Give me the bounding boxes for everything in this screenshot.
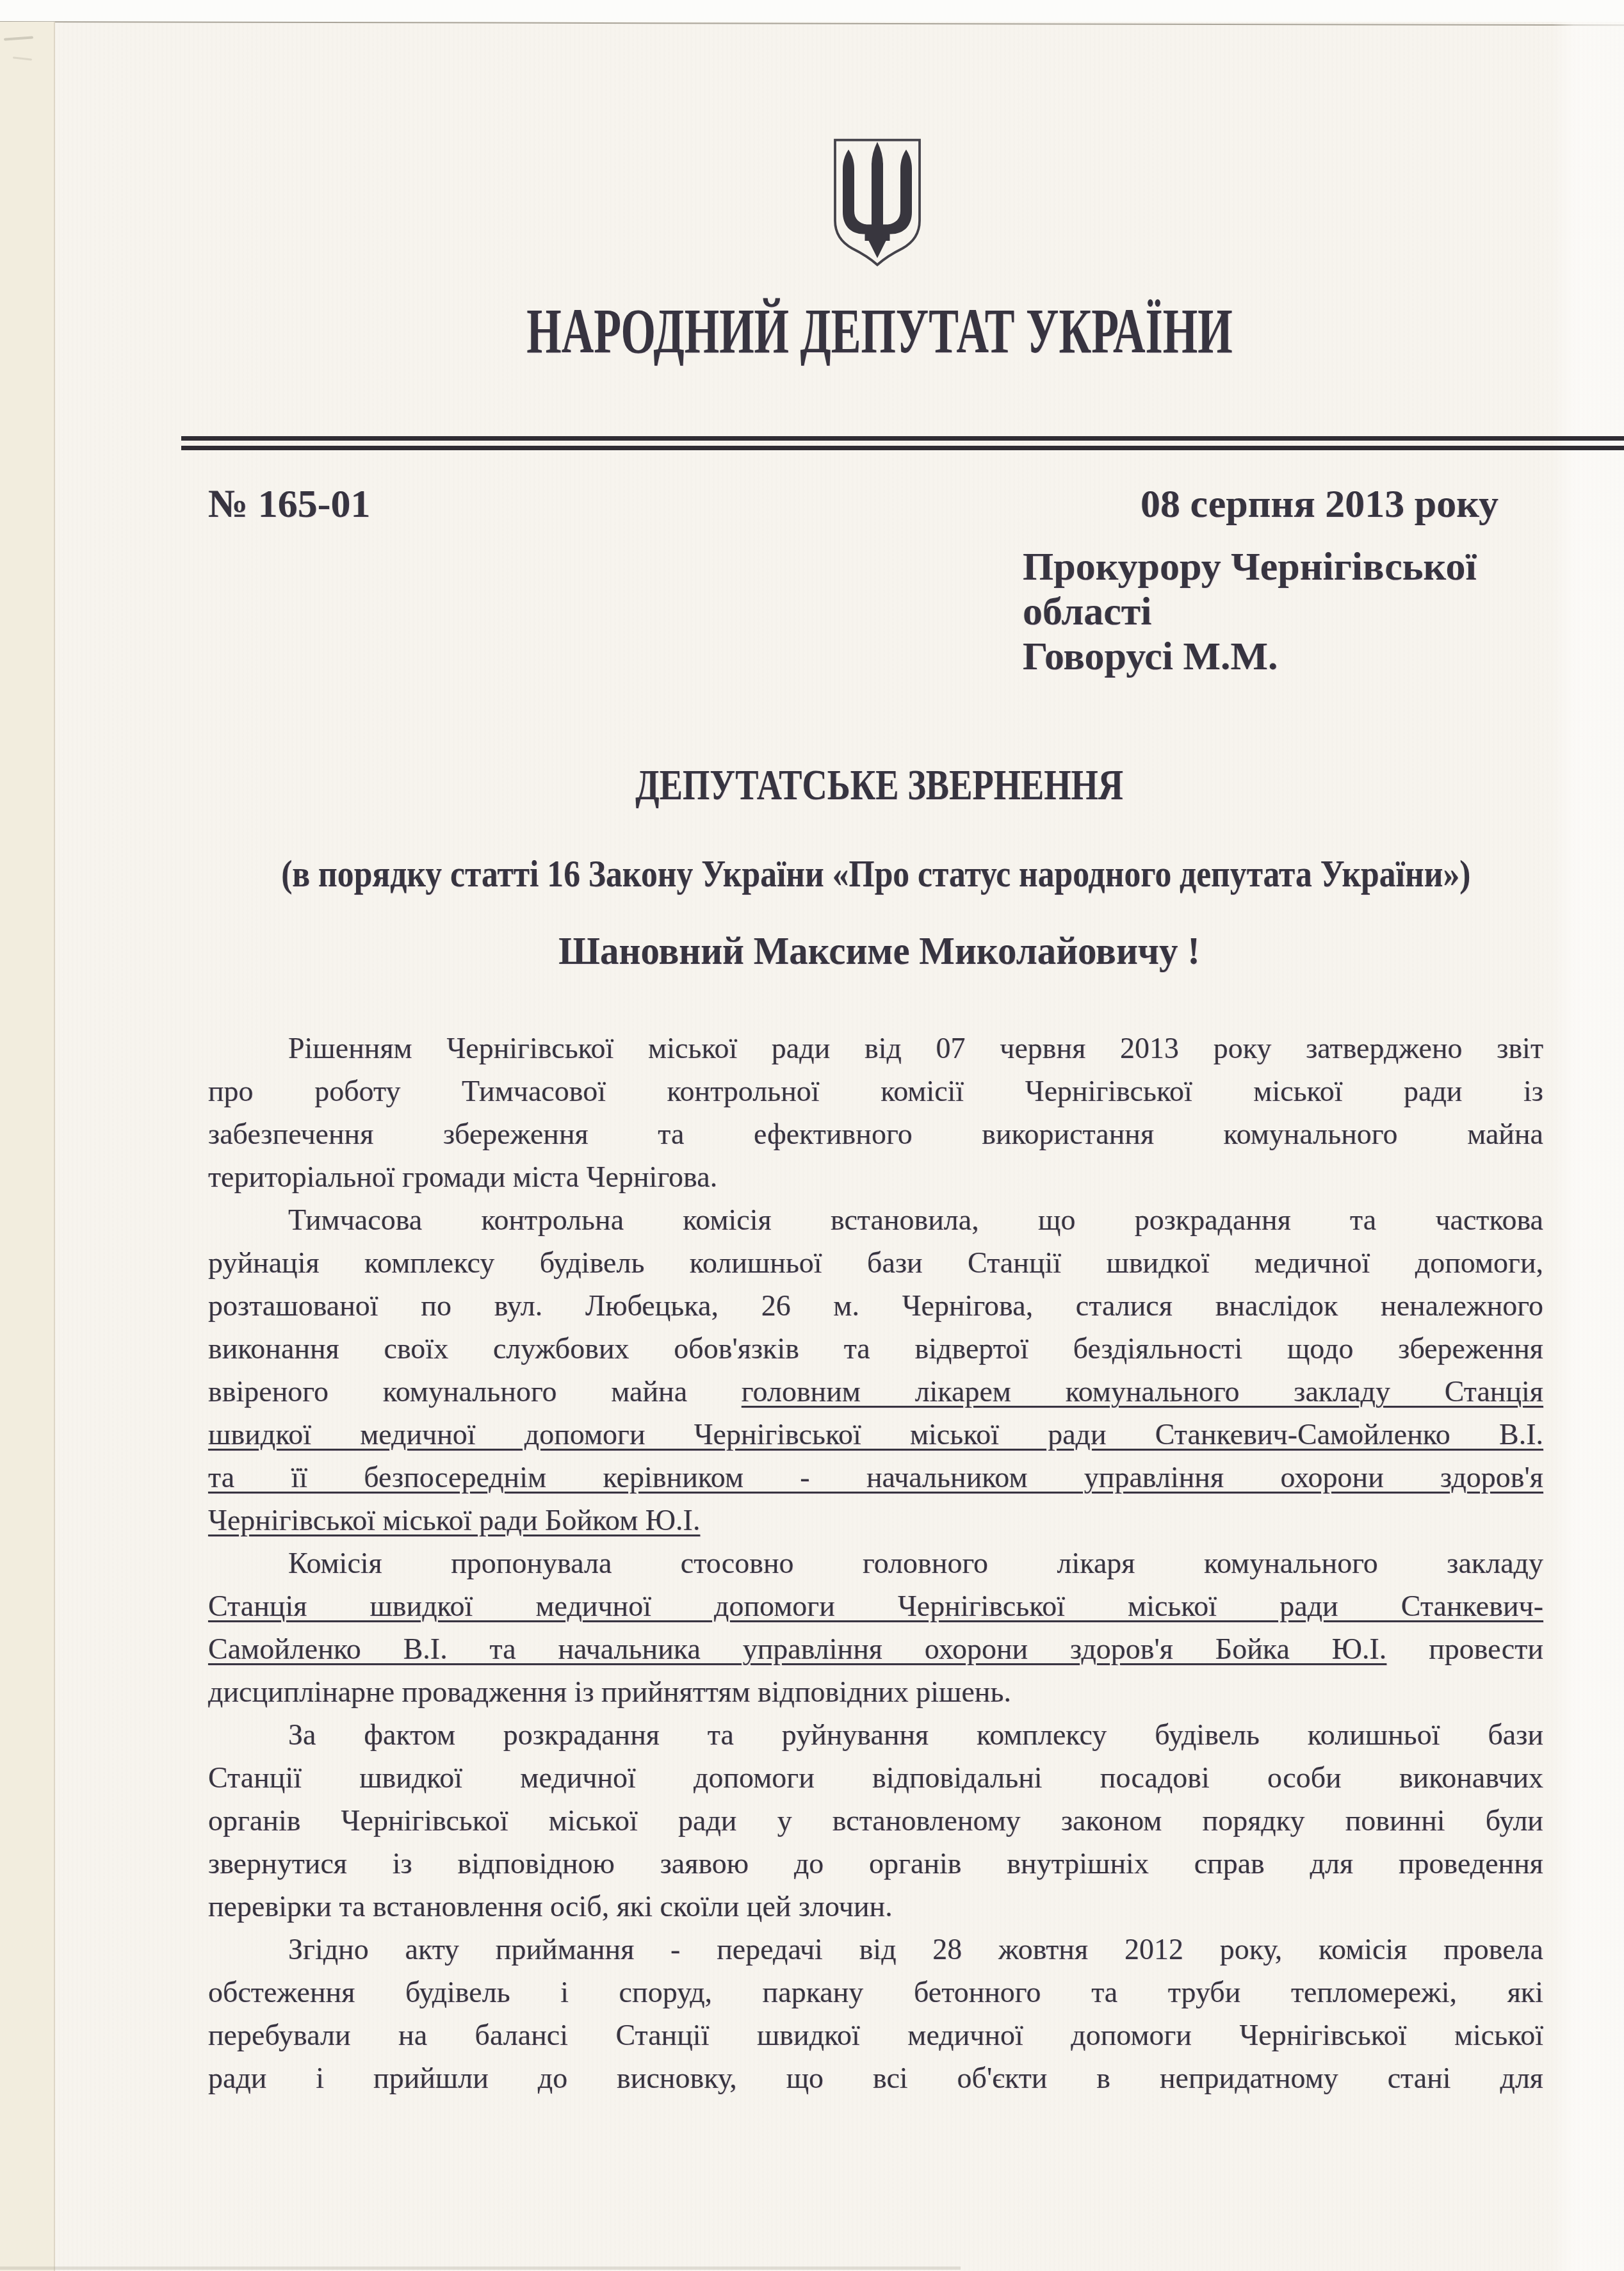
body-line: За фактом розкрадання та руйнування комп…: [208, 1713, 1543, 1756]
rule-line-top: [181, 436, 1624, 441]
underlined-text: головним лікарем комунального закладу Ст…: [742, 1375, 1543, 1408]
text-segment: Згідно акту приймання - передачі від 28 …: [288, 1933, 1543, 1966]
salutation-text: Шановний Максиме Миколайовичу !: [558, 929, 1200, 974]
underlined-text: швидкої медичної допомоги Чернігівської …: [208, 1418, 1543, 1451]
rule-line-bottom: [181, 446, 1624, 450]
text-segment: забезпечення збереження та ефективного в…: [208, 1118, 1543, 1150]
body-line: швидкої медичної допомоги Чернігівської …: [208, 1413, 1543, 1456]
letterhead-title-text: НАРОДНИЙ ДЕПУТАТ УКРАЇНИ: [526, 296, 1232, 366]
scan-left-edge-line: [54, 22, 55, 2271]
text-segment: провести: [1386, 1632, 1543, 1665]
text-segment: Рішенням Чернігівської міської ради від …: [288, 1032, 1543, 1064]
text-segment: За фактом розкрадання та руйнування комп…: [288, 1718, 1543, 1751]
scanned-letter-page: { "page": { "letterhead_title": "НАРОДНИ…: [0, 0, 1624, 2271]
text-segment: Станції швидкої медичної допомоги відпов…: [208, 1761, 1543, 1794]
body-line: ради і прийшли до висновку, що всі об'єк…: [208, 2056, 1543, 2099]
text-segment: звернутися із відповідною заявою до орга…: [208, 1847, 1543, 1880]
body-line: Тимчасова контрольна комісія встановила,…: [208, 1198, 1543, 1241]
body-line: Чернігівської міської ради Бойком Ю.І.: [208, 1499, 1543, 1542]
document-title-text: ДЕПУТАТСЬКЕ ЗВЕРНЕННЯ: [635, 760, 1123, 810]
addressee-line: області: [1023, 589, 1477, 634]
addressee-line: Прокурору Чернігівської: [1023, 544, 1477, 589]
scan-top-edge-line: [0, 21, 1624, 26]
body-line: Станція швидкої медичної допомоги Черніг…: [208, 1584, 1543, 1627]
scan-left-strip: [0, 22, 54, 2271]
body-line: та її безпосереднім керівником - начальн…: [208, 1456, 1543, 1499]
text-segment: розташованої по вул. Любецька, 26 м. Чер…: [208, 1289, 1543, 1322]
ukraine-trident-emblem-icon: [829, 136, 925, 269]
text-segment: ввіреного комунального майна: [208, 1375, 742, 1408]
addressee-line: Говорусі М.М.: [1023, 634, 1477, 679]
body-line: руйнація комплексу будівель колишньої ба…: [208, 1241, 1543, 1284]
text-segment: Комісія пропонувала стосовно головного л…: [288, 1547, 1543, 1579]
underlined-text: Чернігівської міської ради Бойком Ю.І.: [208, 1504, 700, 1536]
text-segment: виконання своїх службових обов'язків та …: [208, 1332, 1543, 1365]
scan-bottom-smudge: [0, 2267, 961, 2270]
body-line: Самойленко В.І. та начальника управління…: [208, 1627, 1543, 1670]
body-line: звернутися із відповідною заявою до орга…: [208, 1842, 1543, 1885]
body-text: Рішенням Чернігівської міської ради від …: [208, 1027, 1543, 2099]
addressee-block: Прокурору Чернігівської області Говорусі…: [1023, 544, 1477, 679]
text-segment: перевірки та встановлення осіб, які скої…: [208, 1890, 893, 1923]
salutation: Шановний Максиме Миколайовичу !: [192, 929, 1566, 974]
body-line: Рішенням Чернігівської міської ради від …: [208, 1027, 1543, 1070]
body-line: територіальної громади міста Чернігова.: [208, 1155, 1543, 1198]
body-line: перебували на балансі Станції швидкої ме…: [208, 2014, 1543, 2056]
text-segment: про роботу Тимчасової контрольної комісі…: [208, 1075, 1543, 1107]
body-line: Станції швидкої медичної допомоги відпов…: [208, 1756, 1543, 1799]
body-line: розташованої по вул. Любецька, 26 м. Чер…: [208, 1284, 1543, 1327]
reference-number: № 165-01: [208, 482, 370, 527]
body-line: ввіреного комунального майна головним лі…: [208, 1370, 1543, 1413]
body-line: обстеження будівель і споруд, паркану бе…: [208, 1971, 1543, 2014]
body-line: про роботу Тимчасової контрольної комісі…: [208, 1070, 1543, 1112]
document-subtitle-text: (в порядку статті 16 Закону України «Про…: [281, 852, 1470, 896]
text-segment: дисциплінарне провадження із прийняттям …: [208, 1675, 1011, 1708]
text-segment: органів Чернігівської міської ради у вст…: [208, 1804, 1543, 1837]
letterhead-double-rule: [181, 436, 1624, 450]
underlined-text: та її безпосереднім керівником - начальн…: [208, 1461, 1543, 1494]
text-segment: ради і прийшли до висновку, що всі об'єк…: [208, 2062, 1543, 2094]
document-subtitle: (в порядку статті 16 Закону України «Про…: [125, 852, 1624, 896]
underlined-text: Самойленко В.І. та начальника управління…: [208, 1632, 1386, 1665]
reference-date: 08 серпня 2013 року: [1141, 482, 1498, 527]
scan-top-band: [0, 0, 1624, 22]
letterhead-title: НАРОДНИЙ ДЕПУТАТ УКРАЇНИ: [192, 296, 1566, 366]
text-segment: обстеження будівель і споруд, паркану бе…: [208, 1976, 1543, 2008]
body-line: Комісія пропонувала стосовно головного л…: [208, 1542, 1543, 1584]
text-segment: Тимчасова контрольна комісія встановила,…: [288, 1203, 1543, 1236]
document-title: ДЕПУТАТСЬКЕ ЗВЕРНЕННЯ: [192, 760, 1566, 810]
body-line: перевірки та встановлення осіб, які скої…: [208, 1885, 1543, 1928]
body-line: виконання своїх службових обов'язків та …: [208, 1327, 1543, 1370]
body-line: органів Чернігівської міської ради у вст…: [208, 1799, 1543, 1842]
text-segment: руйнація комплексу будівель колишньої ба…: [208, 1246, 1543, 1279]
text-segment: територіальної громади міста Чернігова.: [208, 1160, 717, 1193]
body-line: дисциплінарне провадження із прийняттям …: [208, 1670, 1543, 1713]
body-line: забезпечення збереження та ефективного в…: [208, 1112, 1543, 1155]
text-segment: перебували на балансі Станції швидкої ме…: [208, 2019, 1543, 2051]
underlined-text: Станція швидкої медичної допомоги Черніг…: [208, 1590, 1543, 1622]
body-line: Згідно акту приймання - передачі від 28 …: [208, 1928, 1543, 1971]
